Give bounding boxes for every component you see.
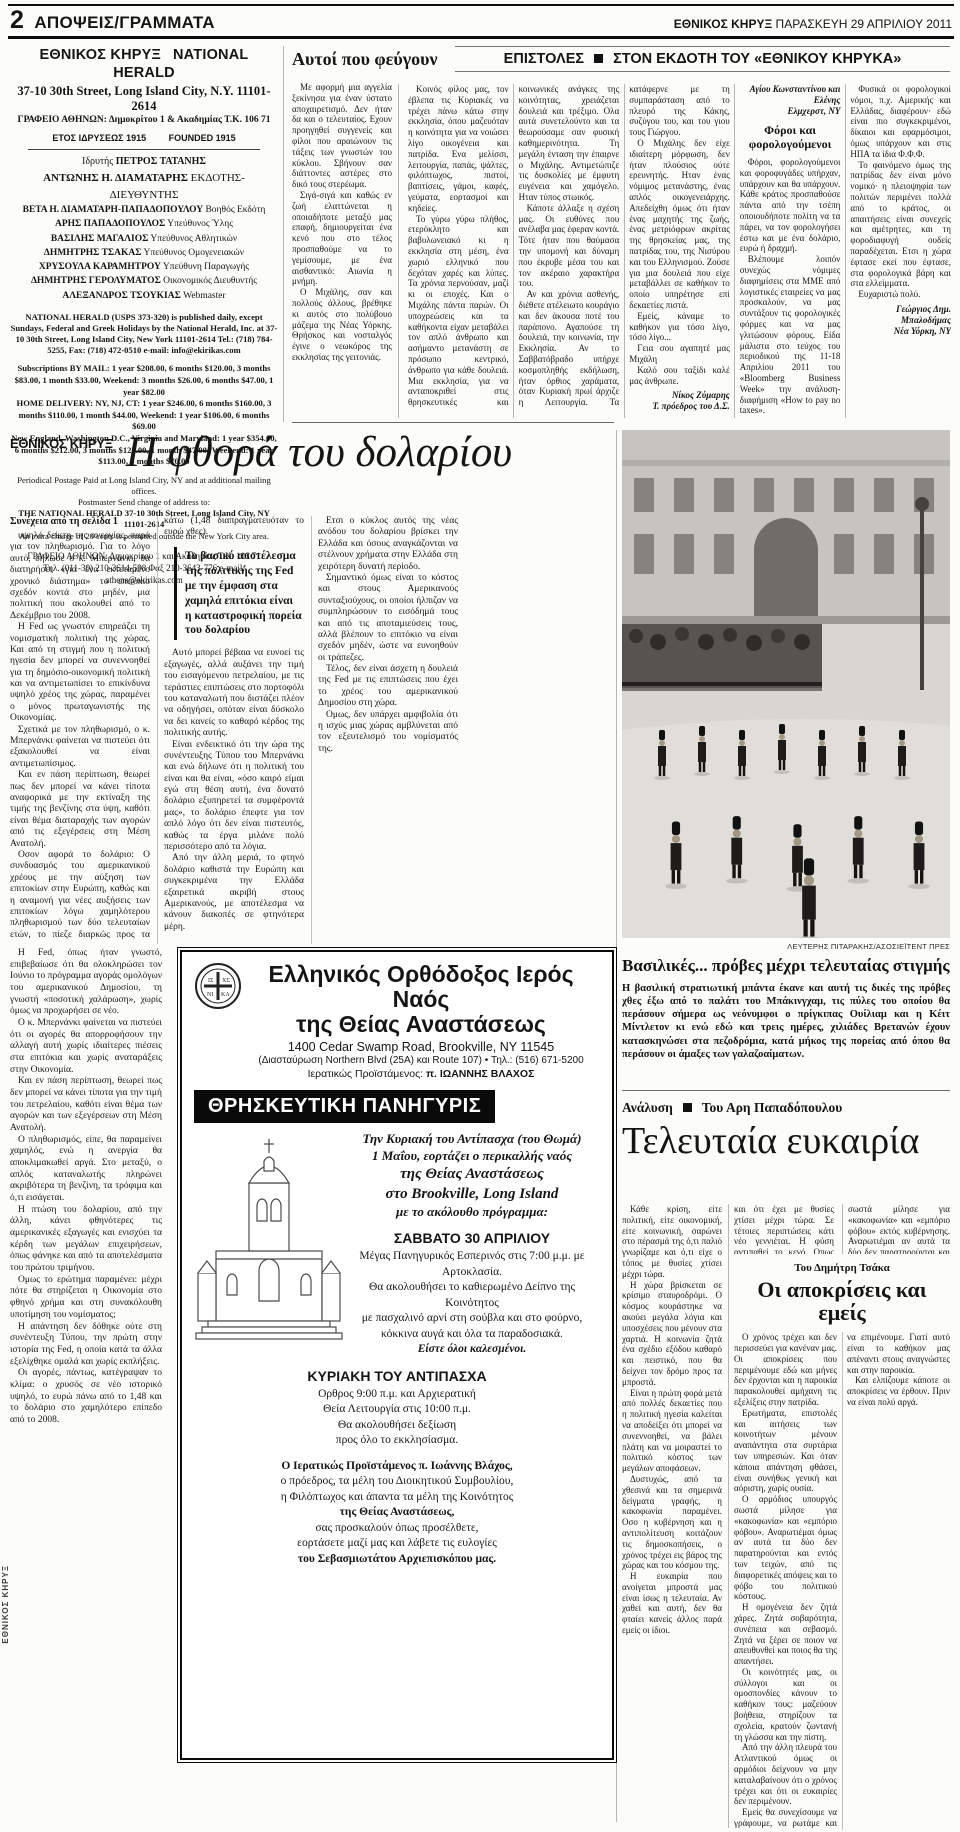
masthead-legal: NATIONAL HERALD (USPS 373-320) is publis…: [10, 312, 278, 357]
church-ad-heading: Ελληνικός Ορθόδοξος Ιερός Ναός της Θείας…: [242, 962, 600, 1080]
staff-row: ΑΡΗΣ ΠΑΠΑΔΟΠΟΥΛΟΣ Υπεύθυνος Ύλης: [10, 217, 278, 231]
founded-gr: ΕΤΟΣ ΙΔΡΥΣΕΩΣ 1915: [52, 133, 146, 143]
analysis-band-a: και ότι έχει με θυσίες χτίσει μέχρι τώρα…: [734, 1204, 834, 1254]
square-bullet-icon: [683, 1103, 692, 1112]
ad-schedule-line: Μέγας Πανηγυρικός Εσπερινός στις 7:00 μ.…: [344, 1249, 600, 1280]
church-name-line2: της Θείας Αναστάσεως: [242, 1012, 600, 1037]
staff-row: ΑΛΕΞΑΝΔΡΟΣ ΤΣΟΥΚΙΑΣ Webmaster: [10, 289, 278, 303]
editorial-header: ΕΘΝΙΚΟΣ ΚΗΡΥΞ Η φθορά του δολαρίου: [10, 430, 610, 512]
ad-invite-line: Ο Ιερατικώς Προϊστάμενος π. Ιωάννης Βλάχ…: [194, 1459, 600, 1475]
column-rule: [283, 46, 284, 422]
church-priest: Ιερατικώς Προϊστάμενος: π. ΙΩΑΝΝΗΣ ΒΛΑΧΟ…: [242, 1068, 600, 1080]
letter1-continuation: Κοινός φίλος μας, τον έβλεπα τις Κυριακέ…: [408, 84, 730, 418]
vertical-edge-tag: ΕΘΝΙΚΟΣ ΚΗΡΥΞ: [1, 1565, 10, 1644]
opinion2-author: Του Δημήτρη Τσάκα: [734, 1262, 950, 1274]
ad-sunday: ΚΥΡΙΑΚΗ ΤΟΥ ΑΝΤΙΠΑΣΧΑ Ορθρος 9:00 π.μ. κ…: [194, 1368, 600, 1449]
church-ad: ΙΣ ΧΣ ΝΙ ΚΑ Ελληνικός Ορθόδοξος Ιερός Να…: [180, 950, 614, 1760]
svg-text:ΚΑ: ΚΑ: [221, 992, 230, 998]
ad-intro-line: 1 Μαΐου, εορτάζει ο περικαλλής ναός: [344, 1148, 600, 1165]
paper-name: ΕΘΝΙΚΟΣ ΚΗΡΥΞ: [674, 17, 772, 31]
square-bullet-icon: [594, 54, 603, 63]
ad-invite-line: του Σεβασμιωτάτου Αρχιεπισκόπου μας.: [194, 1552, 600, 1568]
photo-credit: ΛΕΥΤΕΡΗΣ ΠΙΤΑΡΑΚΗΣ/ΑΣΟΣΙΕΪΤΕΝΤ ΠΡΕΣ: [622, 942, 950, 951]
founder-label: Ιδρυτής: [82, 156, 113, 167]
analysis-author: Του Αρη Παπαδόπουλου: [702, 1100, 842, 1115]
masthead-title-gr: ΕΘΝΙΚΟΣ ΚΗΡΥΞ: [40, 47, 161, 63]
royal-band-photo: [622, 430, 950, 938]
masthead-athens-office: ΓΡΑΦΕΙΟ ΑΘΗΝΩΝ: Δημοκρίτου 1 & Ακαδημίας…: [10, 115, 278, 125]
newspaper-page: 2 ΑΠΟΨΕΙΣ/ΓΡΑΜΜΑΤΑ ΕΘΝΙΚΟΣ ΚΗΡΥΞ ΠΑΡΑΣΚΕ…: [0, 0, 960, 1832]
svg-text:ΙΣ: ΙΣ: [208, 978, 214, 984]
church-name-line1: Ελληνικός Ορθόδοξος Ιερός Ναός: [242, 962, 600, 1012]
masthead-founder: Ιδρυτής ΠΕΤΡΟΣ ΤΑΤΑΝΗΣ: [10, 156, 278, 167]
staff-row: ΑΝΤΩΝΗΣ Η. ΔΙΑΜΑΤΑΡΗΣ ΕΚΔΟΤΗΣ-ΔΙΕΥΘΥΝΤΗΣ: [10, 170, 278, 203]
subs-mail: Subscriptions BY MAIL: 1 year $208.00, 6…: [10, 363, 278, 398]
divider-rule: [622, 1090, 950, 1091]
section-title: ΑΠΟΨΕΙΣ/ΓΡΑΜΜΑΤΑ: [34, 13, 214, 32]
church-emblem-icon: ΙΣ ΧΣ ΝΙ ΚΑ: [194, 962, 242, 1010]
page-number: 2: [10, 6, 24, 34]
staff-row: ΧΡΥΣΟΥΛΑ ΚΑΡΑΜΗΤΡΟΥ Υπεύθυνη Παραγωγής: [10, 260, 278, 274]
svg-text:ΧΣ: ΧΣ: [222, 978, 230, 984]
letter1-first-column: Με αφορμή μια αγγελία ξεκίνησα για έναν …: [292, 82, 392, 418]
ad-intro: Την Κυριακή του Αντίπασχα (του Θωμά) 1 Μ…: [344, 1131, 600, 1221]
column-rule: [616, 430, 617, 1822]
letter2-signature: Γεώργιος Δημ. ΜπαλοδήμαςΝέα Υόρκη, ΝΥ: [850, 304, 951, 336]
opinion2-title: Οι αποκρίσεις και εμείς: [734, 1278, 950, 1324]
page-header-left: 2 ΑΠΟΨΕΙΣ/ΓΡΑΜΜΑΤΑ: [10, 8, 215, 33]
ad-saturday-head: ΣΑΒΒΑΤΟ 30 ΑΠΡΙΛΙΟΥ: [344, 1230, 600, 1246]
opinion2-block: Του Δημήτρη Τσάκα Οι αποκρίσεις και εμεί…: [734, 1262, 950, 1828]
ad-invite-line: της Θείας Αναστάσεως,: [194, 1505, 600, 1521]
photo-caption-title: Βασιλικές... πρόβες μέχρι τελευταίας στι…: [622, 956, 950, 976]
editorial-continuation-column: Η Fed, όπως ήταν γνωστό, επιβεβαίωσε ότι…: [10, 948, 162, 1820]
analysis-kicker-label: Ανάλυση: [622, 1100, 673, 1115]
analysis-band-b: σωστά μίλησε για «κακοφωνία» και «εμπόρι…: [848, 1204, 950, 1254]
editorial-logo: ΕΘΝΙΚΟΣ ΚΗΡΥΞ: [10, 430, 126, 451]
masthead: ΕΘΝΙΚΟΣ ΚΗΡΥΞ NATIONAL HERALD 37-10 30th…: [10, 46, 278, 418]
ad-intro-line: με το ακόλουθο πρόγραμμα:: [344, 1204, 600, 1221]
founder-name: ΠΕΤΡΟΣ ΤΑΤΑΝΗΣ: [116, 156, 206, 167]
priest-name: π. ΙΩΑΝΝΗΣ ΒΛΑΧΟΣ: [426, 1068, 534, 1080]
letters-section-header: ΕΠΙΣΤΟΛΕΣΣΤΟΝ ΕΚΔΟΤΗ ΤΟΥ «ΕΘΝΙΚΟΥ ΚΗΡΥΚΑ…: [455, 46, 950, 72]
issue-date: ΠΑΡΑΣΚΕΥΗ 29 ΑΠΡΙΛΙΟΥ 2011: [776, 17, 952, 31]
editorial-title: Η φθορά του δολαρίου: [126, 430, 512, 475]
analysis-column1: Κάθε κρίση, είτε πολιτική, είτε οικονομι…: [622, 1204, 722, 1828]
column-rule: [728, 1204, 729, 1828]
ad-invite-line: σας προσκαλούν όπως προσέλθετε,: [194, 1521, 600, 1537]
ad-intro-line: στο Brookville, Long Island: [344, 1185, 600, 1205]
ad-sunday-head: ΚΥΡΙΑΚΗ ΤΟΥ ΑΝΤΙΠΑΣΧΑ: [194, 1368, 600, 1384]
ad-invitation: Ο Ιερατικώς Προϊστάμενος π. Ιωάννης Βλάχ…: [194, 1459, 600, 1568]
staff-row: ΒΑΣΙΛΗΣ ΜΑΓΑΛΙΟΣ Υπεύθυνος Αθλητικών: [10, 232, 278, 246]
page-header-right: ΕΘΝΙΚΟΣ ΚΗΡΥΞ ΠΑΡΑΣΚΕΥΗ 29 ΑΠΡΙΛΙΟΥ 2011: [674, 17, 952, 31]
ad-invite-line: εορτάσετε μαζί μας και λάβετε τις ευλογί…: [194, 1536, 600, 1552]
ad-banner: ΘΡΗΣΚΕΥΤΙΚΗ ΠΑΝΗΓΥΡΙΣ: [194, 1090, 495, 1123]
editorial-pullquote: Το βασικό αποτέλεσμα της πολιτικής της F…: [174, 547, 304, 641]
church-illustration: [194, 1131, 344, 1346]
letter2-title: Φόροι και φορολογούμενοι: [744, 124, 837, 152]
ad-saturday-schedule: Μέγας Πανηγυρικός Εσπερινός στις 7:00 μ.…: [344, 1249, 600, 1358]
ad-schedule-line: με πασχαλινό αρνί στη σούβλα και στο φού…: [344, 1311, 600, 1327]
subs-home-delivery: HOME DELIVERY: NY, NJ, CT: 1 year $246.0…: [10, 398, 278, 433]
ad-schedule-line: Είστε όλοι καλεσμένοι.: [344, 1342, 600, 1358]
svg-text:ΝΙ: ΝΙ: [207, 992, 213, 998]
priest-label: Ιερατικώς Προϊστάμενος:: [308, 1068, 424, 1080]
church-address: 1400 Cedar Swamp Road, Brookville, NY 11…: [242, 1040, 600, 1054]
ad-sunday-schedule: Ορθρος 9:00 π.μ. και ΑρχιερατικήΘεία Λει…: [194, 1387, 600, 1449]
analysis-kicker: ΑνάλυσηΤου Αρη Παπαδόπουλου: [622, 1100, 950, 1116]
ad-schedule-line: Θα ακολουθήσει το καθιερωμένο Δείπνο της…: [344, 1280, 600, 1311]
staff-row: ΒΕΤΑ Η. ΔΙΑΜΑΤΑΡΗ-ΠΑΠΑΔΟΠΟΥΛΟΥ Βοηθός Εκ…: [10, 203, 278, 217]
founded-en: FOUNDED 1915: [169, 133, 236, 143]
ad-intro-line: της Θείας Αναστάσεως: [344, 1165, 600, 1185]
photo-caption-text: Η βασιλική στρατιωτική μπάντα έκανε και …: [622, 982, 950, 1061]
analysis-header: ΑνάλυσηΤου Αρη Παπαδόπουλου Τελευταία ευ…: [622, 1100, 950, 1162]
church-address2: (Διασταύρωση Northern Blvd (25A) και Rou…: [242, 1055, 600, 1066]
ad-intro-line: Την Κυριακή του Αντίπασχα (του Θωμά): [344, 1131, 600, 1148]
staff-row: ΔΗΜΗΤΡΗΣ ΤΣΑΚΑΣ Υπεύθυνος Ομογενειακών: [10, 246, 278, 260]
masthead-founded: ΕΤΟΣ ΙΔΡΥΣΕΩΣ 1915 FOUNDED 1915: [28, 128, 260, 150]
divider-rule: [292, 422, 614, 423]
letters-header-label: ΕΠΙΣΤΟΛΕΣ: [504, 51, 584, 67]
ad-invite-line: η Φιλόπτωχος και άπαντα τα μέλη της Κοιν…: [194, 1490, 600, 1506]
ad-invite-line: ο πρόεδρος, τα μέλη του Διοικητικού Συμβ…: [194, 1474, 600, 1490]
letters-header-rest: ΣΤΟΝ ΕΚΔΟΤΗ ΤΟΥ «ΕΘΝΙΚΟΥ ΚΗΡΥΚΑ»: [613, 51, 901, 67]
staff-row: ΔΗΜΗΤΡΗΣ ΓΕΡΟΛΥΜΑΤΟΣ Οικονομικός Διευθυν…: [10, 274, 278, 288]
masthead-staff-list: ΑΝΤΩΝΗΣ Η. ΔΙΑΜΑΤΑΡΗΣ ΕΚΔΟΤΗΣ-ΔΙΕΥΘΥΝΤΗΣ…: [10, 170, 278, 303]
editorial-body: Συνέχεια από τη σελίδα 1 υψηλό δείκτη τη…: [10, 516, 612, 944]
continued-label: Συνέχεια από τη σελίδα 1: [10, 516, 150, 528]
masthead-address: 37-10 30th Street, Long Island City, N.Y…: [10, 84, 278, 114]
ad-schedule-line: κόκκινα αυγά και όλα τα παραδοσιακά.: [344, 1327, 600, 1343]
analysis-title: Τελευταία ευκαιρία: [622, 1122, 950, 1162]
editorial-flow-a: Συνέχεια από τη σελίδα 1: [10, 516, 150, 528]
letters-columns: Κοινός φίλος μας, τον έβλεπα τις Κυριακέ…: [398, 84, 951, 418]
opinion2-body: Ο χρόνος τρέχει και δεν περισσεύει για κ…: [734, 1332, 950, 1830]
column-rule: [842, 1204, 843, 1254]
page-header: 2 ΑΠΟΨΕΙΣ/ΓΡΑΜΜΑΤΑ ΕΘΝΙΚΟΣ ΚΗΡΥΞ ΠΑΡΑΣΚΕ…: [8, 4, 954, 39]
